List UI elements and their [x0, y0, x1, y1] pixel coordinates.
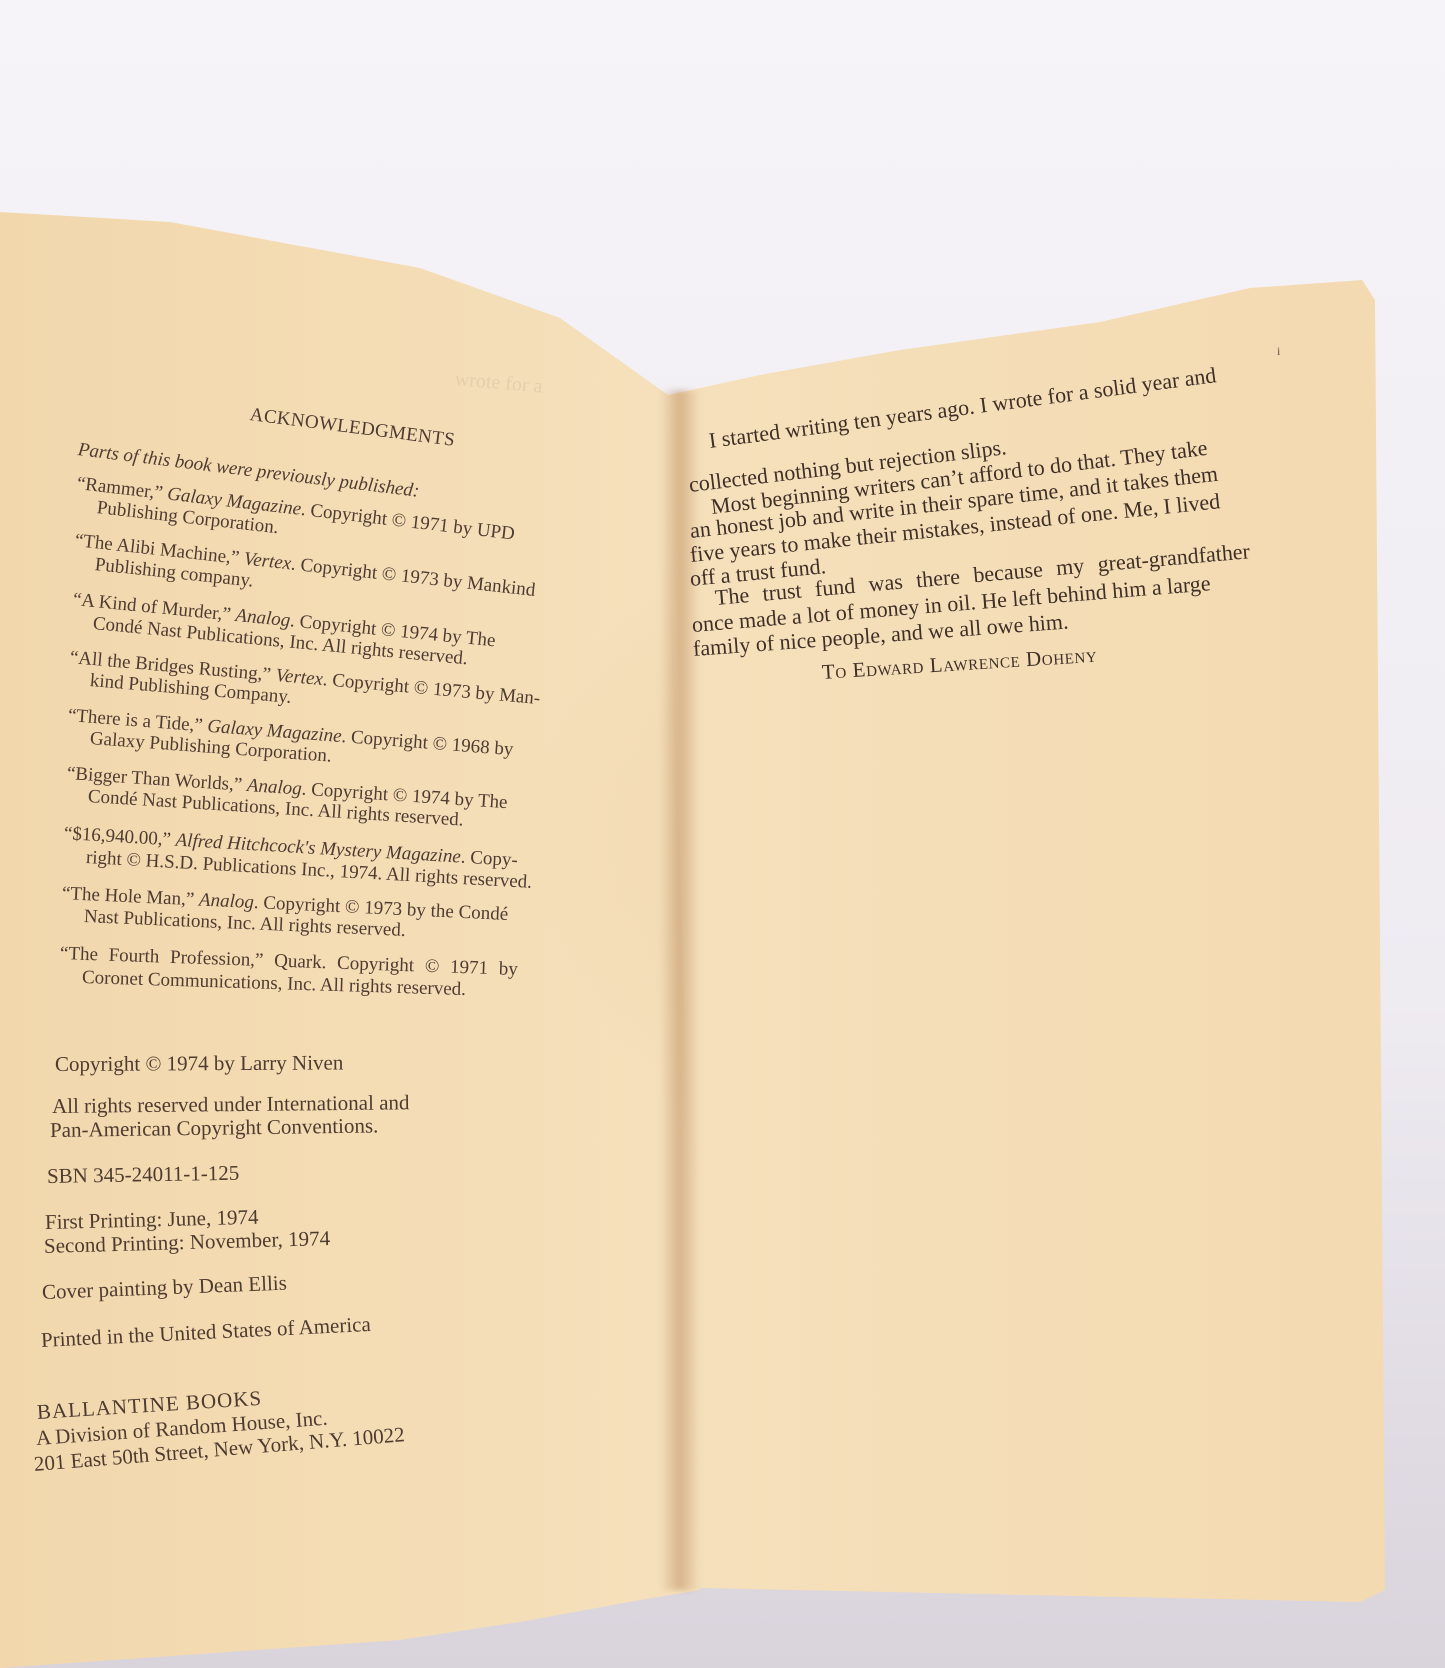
sbn-number: SBN 345-24011-1-125: [47, 1163, 240, 1187]
copyright-text: . Copy-: [460, 847, 518, 871]
publication-name: Quark: [274, 950, 322, 973]
publication-name: Analog: [199, 889, 255, 913]
copyright-line: Copyright © 1974 by Larry Niven: [55, 1052, 343, 1075]
open-book-photo: wrote for a ACKNOWLEDGMENTS Parts of thi…: [0, 0, 1445, 1668]
rights-line-2: Pan-American Copyright Conventions.: [50, 1115, 379, 1141]
page-number: i: [1277, 345, 1280, 357]
